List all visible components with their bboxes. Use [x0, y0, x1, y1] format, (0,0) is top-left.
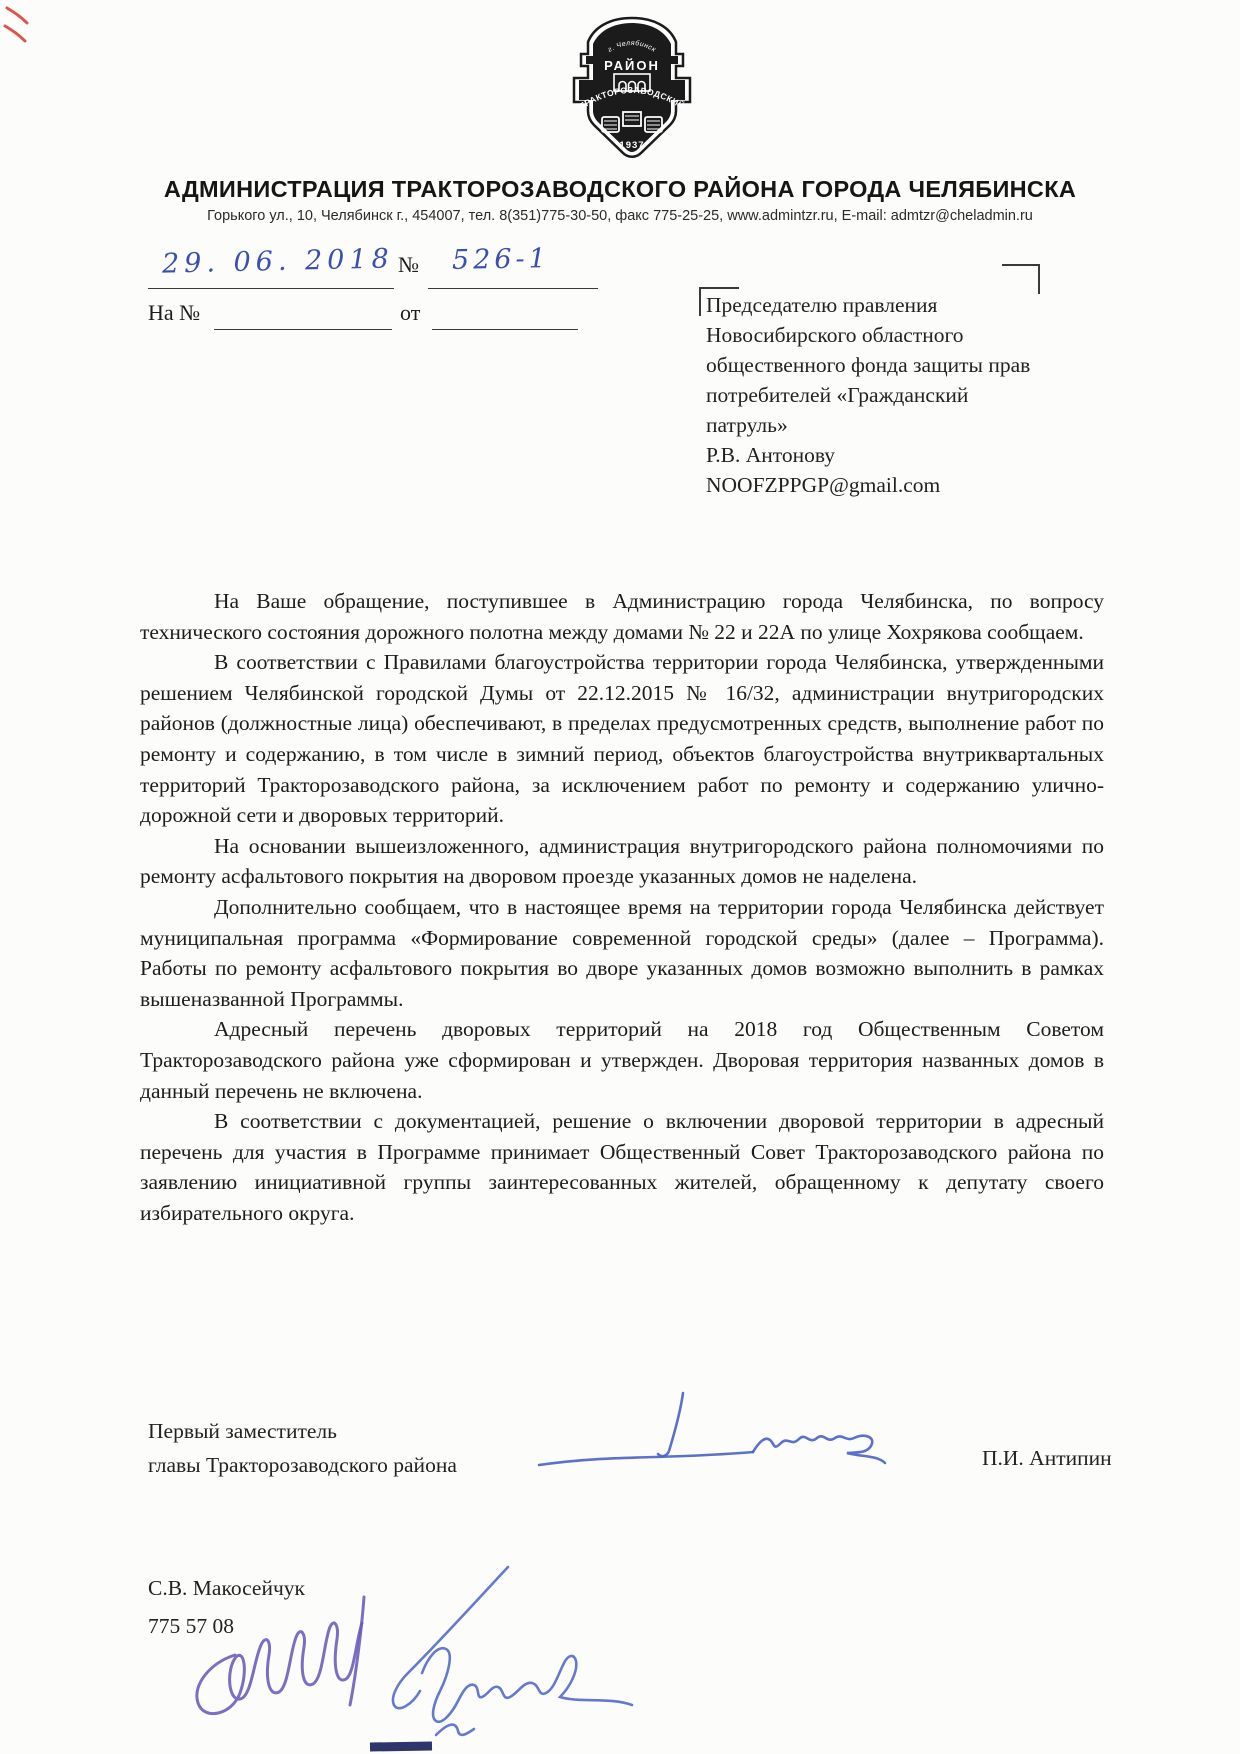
recipient-line: Новосибирского областного [706, 320, 1051, 350]
recipient-email: NOOFZPPGP@gmail.com [706, 470, 1051, 500]
red-pen-mark [0, 0, 60, 60]
signer-position: Первый заместитель главы Тракторозаводск… [148, 1414, 457, 1482]
emblem-raion-text: РАЙОН [604, 58, 660, 73]
body-paragraph: Дополнительно сообщаем, что в настоящее … [140, 892, 1104, 1014]
incoming-number-label: На № [148, 300, 200, 326]
incoming-number-underline [214, 329, 392, 330]
signer-position-line: Первый заместитель [148, 1414, 457, 1448]
letter-body: На Ваше обращение, поступившее в Админис… [140, 586, 1104, 1228]
recipient-line: патруль» [706, 410, 1051, 440]
antipin-signature [525, 1385, 925, 1497]
date-underline [148, 288, 394, 289]
organization-title: АДМИНИСТРАЦИЯ ТРАКТОРОЗАВОДСКОГО РАЙОНА … [0, 176, 1240, 203]
body-paragraph: В соответствии с документацией, решение … [140, 1106, 1104, 1228]
recipient-line: общественного фонда защиты прав [706, 350, 1051, 380]
body-paragraph: На основании вышеизложенного, администра… [140, 831, 1104, 892]
outgoing-number-handwritten: 526-1 [452, 243, 550, 276]
body-paragraph: Адресный перечень дворовых территорий на… [140, 1014, 1104, 1106]
body-paragraph: На Ваше обращение, поступившее в Админис… [140, 586, 1104, 647]
number-underline [428, 288, 598, 289]
recipient-line: Р.В. Антонову [706, 440, 1051, 470]
outgoing-date-handwritten: 29. 06. 2018 [162, 243, 394, 279]
letter-page: г. Челябинск РАЙОН ТРАКТОРОЗАВОДСКИЙ 193… [0, 0, 1240, 1754]
incoming-date-underline [432, 329, 578, 330]
emblem-year-text: 1937 [619, 140, 644, 151]
signer-position-line: главы Тракторозаводского района [148, 1448, 457, 1482]
incoming-date-label: от [400, 300, 420, 326]
recipient-block: Председателю правления Новосибирского об… [706, 290, 1051, 500]
organization-contacts: Горького ул., 10, Челябинск г., 454007, … [0, 208, 1240, 224]
number-sign: № [398, 252, 419, 278]
signer-name: П.И. Антипин [982, 1446, 1112, 1471]
body-paragraph: В соответствии с Правилами благоустройст… [140, 647, 1104, 831]
executor-signature [140, 1545, 660, 1754]
recipient-line: Председателю правления [706, 290, 1051, 320]
recipient-line: потребителей «Гражданский [706, 380, 1051, 410]
district-emblem: г. Челябинск РАЙОН ТРАКТОРОЗАВОДСКИЙ 193… [566, 14, 698, 164]
